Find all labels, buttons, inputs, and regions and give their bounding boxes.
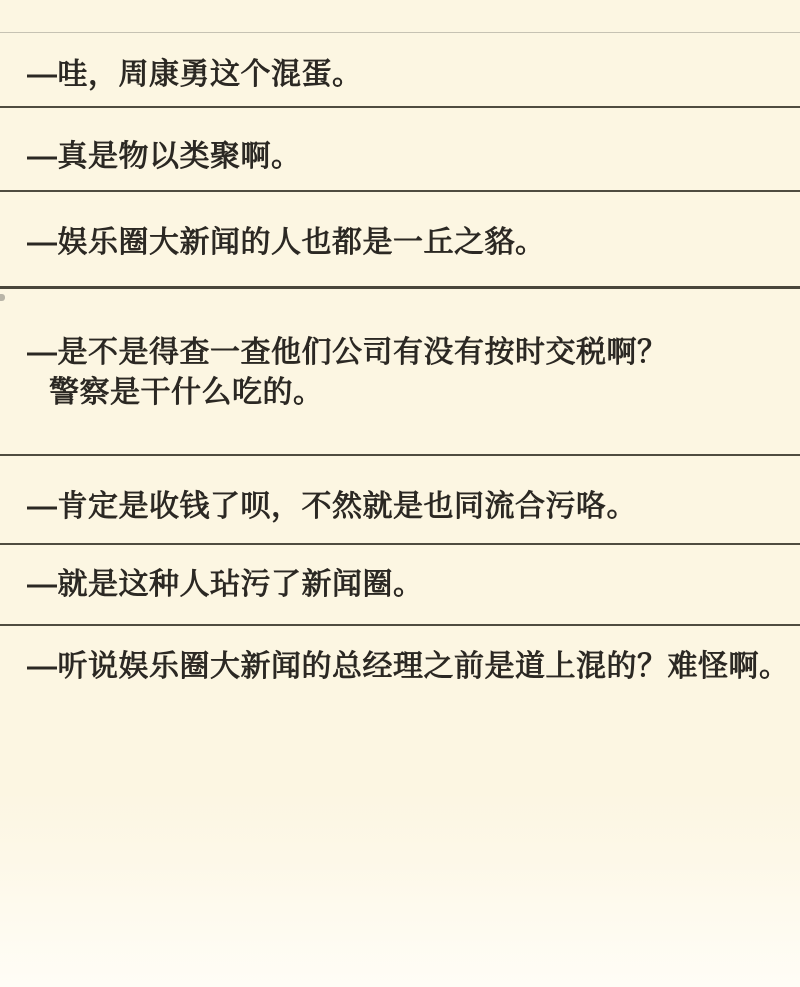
edge-mark: [0, 294, 5, 301]
comment-text: —肯定是收钱了呗，不然就是也同流合污咯。: [27, 490, 790, 524]
divider: [0, 190, 800, 192]
divider: [0, 454, 800, 456]
divider: [0, 543, 800, 545]
comment-text: —是不是得查一查他们公司有没有按时交税啊？: [27, 336, 790, 370]
comment-text: —听说娱乐圈大新闻的总经理之前是道上混的？难怪啊。: [27, 650, 790, 684]
comment-text: —就是这种人玷污了新闻圈。: [27, 568, 790, 602]
comment-text-line2: 警察是干什么吃的。: [49, 376, 790, 410]
divider: [0, 106, 800, 108]
divider: [0, 286, 800, 289]
comment-text: —真是物以类聚啊。: [27, 140, 790, 174]
divider: [0, 32, 800, 33]
divider: [0, 624, 800, 626]
comment-text: —娱乐圈大新闻的人也都是一丘之貉。: [27, 226, 790, 260]
comic-comments-panel: —哇，周康勇这个混蛋。 —真是物以类聚啊。 —娱乐圈大新闻的人也都是一丘之貉。 …: [0, 0, 800, 987]
comment-text: —哇，周康勇这个混蛋。: [27, 58, 790, 92]
